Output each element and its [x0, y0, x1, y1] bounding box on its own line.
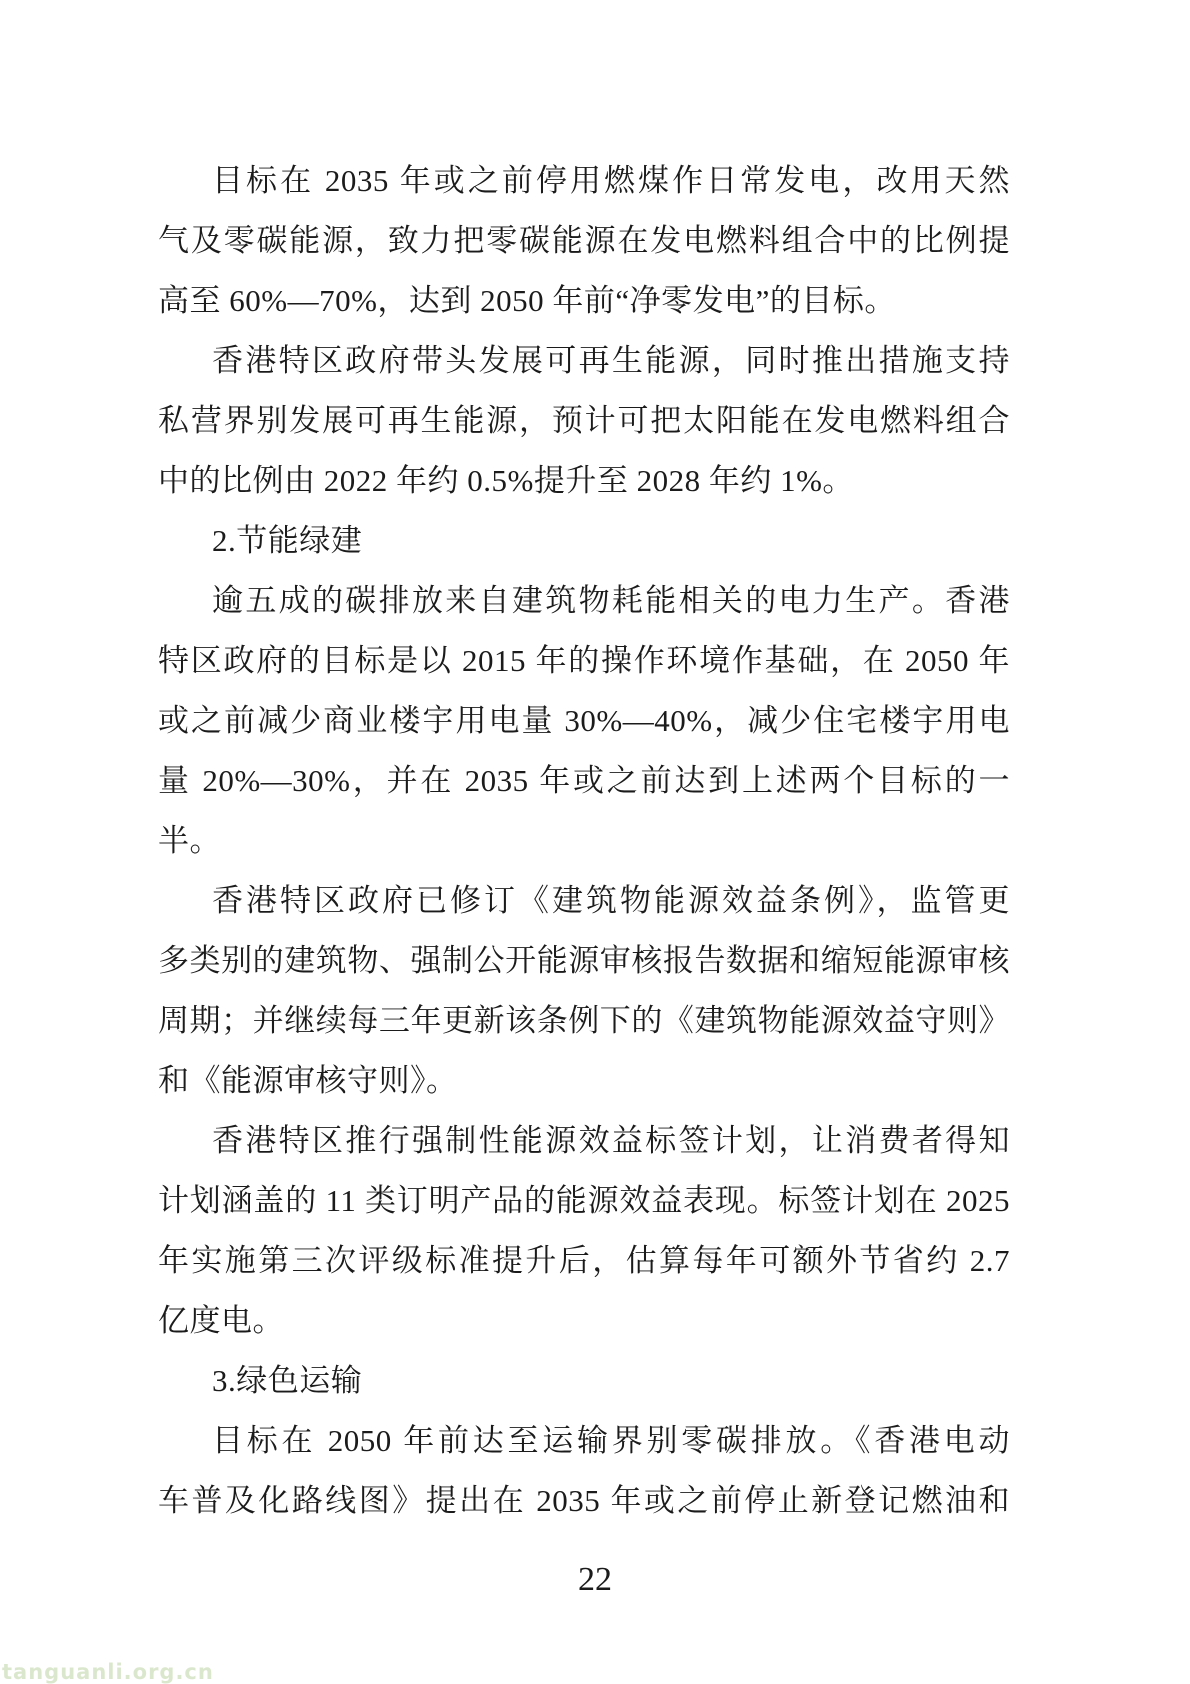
- paragraph-line: 特区政府的目标是以 2015 年的操作环境作基础，在 2050 年: [158, 631, 1010, 691]
- paragraph-line: 或之前减少商业楼宇用电量 30%—40%，减少住宅楼宇用电: [158, 691, 1010, 751]
- paragraph-line: 和《能源审核守则》。: [158, 1051, 1010, 1111]
- paragraph-line: 高至 60%—70%，达到 2050 年前“净零发电”的目标。: [158, 271, 1010, 331]
- paragraph-line: 亿度电。: [158, 1291, 1010, 1351]
- document-page: 目标在 2035 年或之前停用燃煤作日常发电，改用天然 气及零碳能源，致力把零碳…: [0, 0, 1190, 1684]
- paragraph-line: 私营界别发展可再生能源，预计可把太阳能在发电燃料组合: [158, 391, 1010, 451]
- paragraph-line: 目标在 2050 年前达至运输界别零碳排放。《香港电动: [158, 1411, 1010, 1471]
- watermark: tanguanli.org.cn: [2, 1660, 214, 1684]
- paragraph-line: 半。: [158, 811, 1010, 871]
- paragraph-line: 量 20%—30%，并在 2035 年或之前达到上述两个目标的一: [158, 751, 1010, 811]
- paragraph-line: 周期；并继续每三年更新该条例下的《建筑物能源效益守则》: [158, 991, 1010, 1051]
- paragraph-line: 多类别的建筑物、强制公开能源审核报告数据和缩短能源审核: [158, 931, 1010, 991]
- paragraph-line: 气及零碳能源，致力把零碳能源在发电燃料组合中的比例提: [158, 211, 1010, 271]
- paragraph-line: 年实施第三次评级标准提升后，估算每年可额外节省约 2.7: [158, 1231, 1010, 1291]
- paragraph-line: 目标在 2035 年或之前停用燃煤作日常发电，改用天然: [158, 151, 1010, 211]
- section-heading-energy-saving: 2.节能绿建: [158, 511, 1010, 571]
- section-heading-green-transport: 3.绿色运输: [158, 1351, 1010, 1411]
- document-body: 目标在 2035 年或之前停用燃煤作日常发电，改用天然 气及零碳能源，致力把零碳…: [158, 151, 1010, 1531]
- paragraph-line: 中的比例由 2022 年约 0.5%提升至 2028 年约 1%。: [158, 451, 1010, 511]
- paragraph-line: 香港特区推行强制性能源效益标签计划，让消费者得知: [158, 1111, 1010, 1171]
- page-number: 22: [0, 1558, 1190, 1602]
- paragraph-line: 车普及化路线图》提出在 2035 年或之前停止新登记燃油和: [158, 1471, 1010, 1531]
- paragraph-line: 计划涵盖的 11 类订明产品的能源效益表现。标签计划在 2025: [158, 1171, 1010, 1231]
- paragraph-line: 香港特区政府带头发展可再生能源，同时推出措施支持: [158, 331, 1010, 391]
- paragraph-line: 香港特区政府已修订《建筑物能源效益条例》，监管更: [158, 871, 1010, 931]
- paragraph-line: 逾五成的碳排放来自建筑物耗能相关的电力生产。香港: [158, 571, 1010, 631]
